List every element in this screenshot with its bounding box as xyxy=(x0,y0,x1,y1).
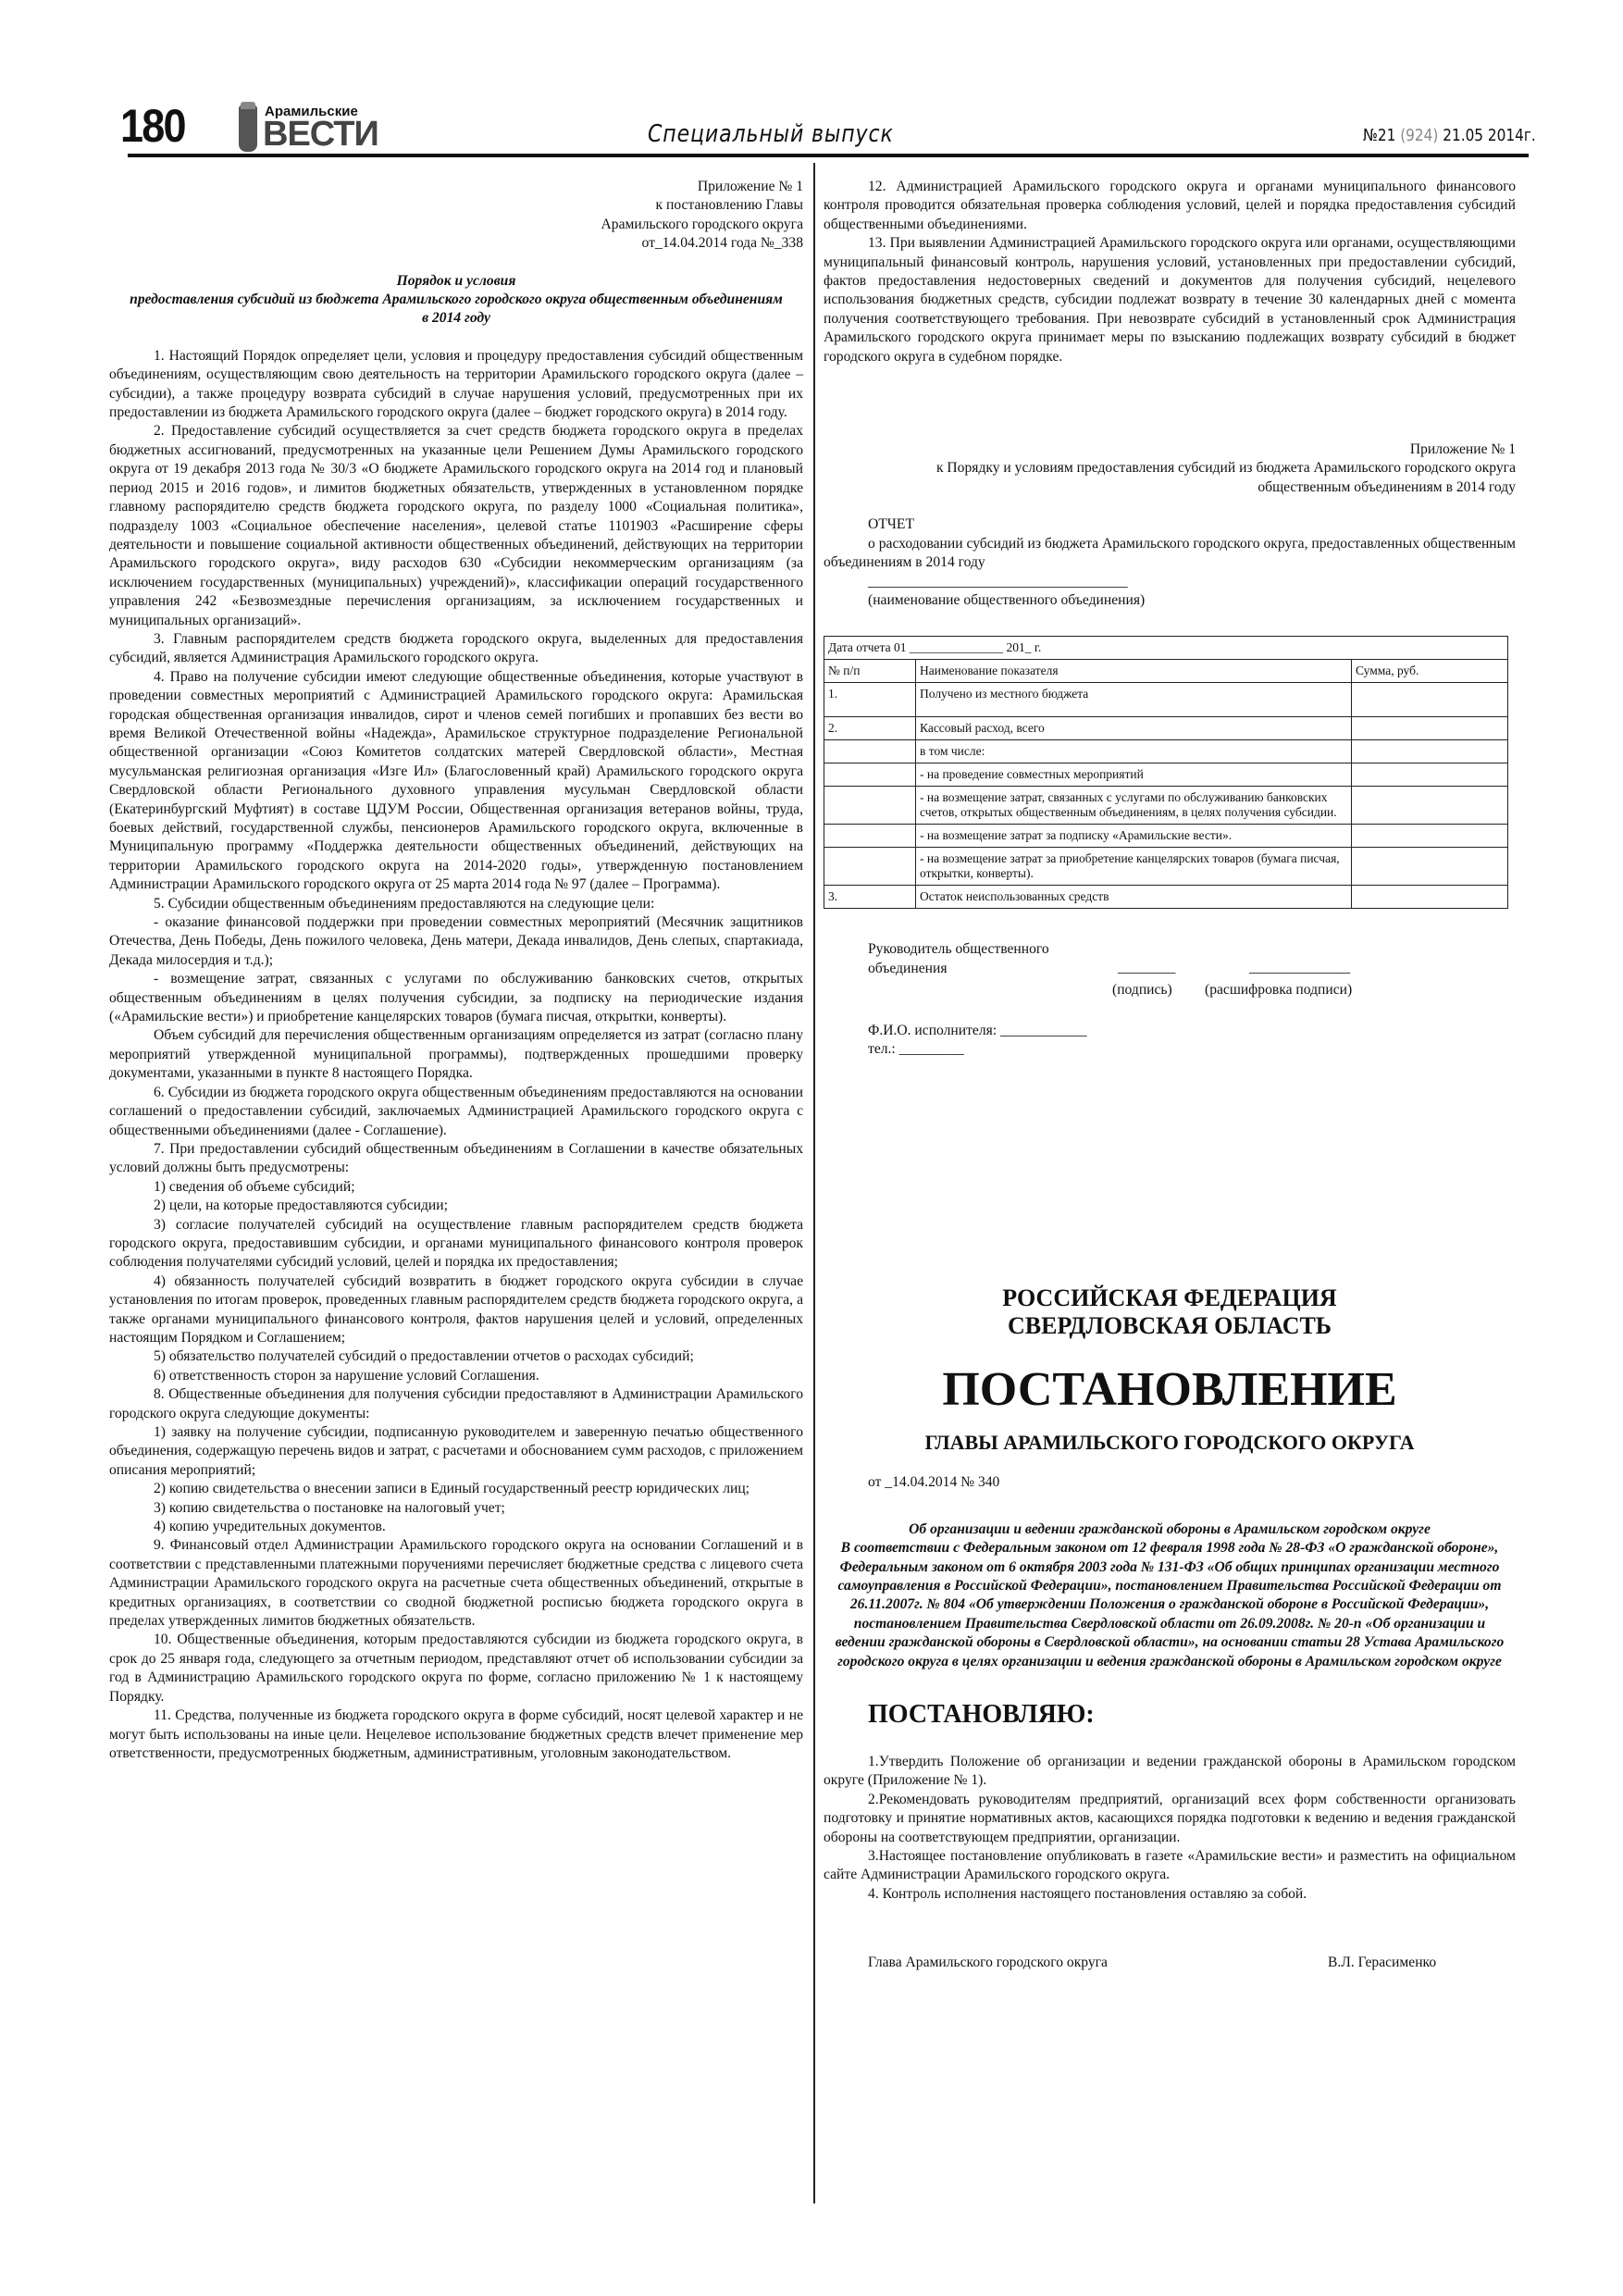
right-column: 12. Администрацией Арамильского городско… xyxy=(824,178,1516,1974)
amount-cell[interactable] xyxy=(1352,740,1508,763)
column-header: Сумма, руб. xyxy=(1352,660,1508,683)
decree-resolve-heading: ПОСТАНОВЛЯЮ: xyxy=(824,1699,1516,1731)
amount-cell[interactable] xyxy=(1352,787,1508,825)
amount-cell[interactable] xyxy=(1352,683,1508,717)
signature-blank[interactable]: ________ xyxy=(1118,959,1175,977)
decree-region: СВЕРДЛОВСКАЯ ОБЛАСТЬ xyxy=(824,1312,1516,1340)
amount-cell[interactable] xyxy=(1352,763,1508,787)
preamble-line: В соответствии с Федеральным законом от … xyxy=(833,1539,1506,1671)
issue-total: (924) xyxy=(1400,126,1438,145)
paragraph: 4. Право на получение субсидии имеют сле… xyxy=(109,668,803,895)
table-row: - на возмещение затрат за подписку «Арам… xyxy=(824,825,1508,848)
phone-field[interactable]: тел.: _________ xyxy=(868,1040,964,1059)
page-header: 180 Арамильские ВЕСТИ Специальный выпуск… xyxy=(120,100,1536,155)
column-header: Наименование показателя xyxy=(916,660,1352,683)
order-body: 1. Настоящий Порядок определяет цели, ус… xyxy=(109,347,803,1763)
paragraph: 3. Главным распорядителем средств бюджет… xyxy=(109,630,803,668)
appendix-line: к постановлению Главы xyxy=(109,196,803,215)
table-row: - на проведение совместных мероприятий xyxy=(824,763,1508,787)
head-label: объединения xyxy=(868,960,1049,978)
decree-item: 4. Контроль исполнения настоящего постан… xyxy=(824,1885,1516,1904)
signer-title: Глава Арамильского городского округа xyxy=(868,1954,1108,1972)
indicator-cell: Получено из местного бюджета xyxy=(916,683,1352,717)
issue-title: Специальный выпуск xyxy=(648,120,894,148)
preamble-line: Об организации и ведении гражданской обо… xyxy=(833,1520,1506,1539)
order-title: Порядок и условия предоставления субсиди… xyxy=(109,272,803,329)
signature-block: Руководитель общественного объединения _… xyxy=(824,940,1516,1051)
report-title: ОТЧЕТ xyxy=(824,515,1516,534)
amount-cell[interactable] xyxy=(1352,825,1508,848)
paragraph: 5) обязательство получателей субсидий о … xyxy=(109,1347,803,1366)
paragraph: 3) копию свидетельства о постановке на н… xyxy=(109,1499,803,1518)
paragraph: 1) заявку на получение субсидии, подписа… xyxy=(109,1423,803,1480)
paragraph: 7. При предоставлении субсидий обществен… xyxy=(109,1140,803,1178)
appendix-title: Приложение № 1 xyxy=(824,441,1516,459)
indicator-cell: в том числе: xyxy=(916,740,1352,763)
paragraph: - оказание финансовой поддержки при пров… xyxy=(109,913,803,970)
org-name-caption: (наименование общественного объединения) xyxy=(824,591,1516,610)
paragraph: 1. Настоящий Порядок определяет цели, ус… xyxy=(109,347,803,423)
signer-name: В.Л. Герасименко xyxy=(1328,1954,1436,1972)
head-label: Руководитель общественного xyxy=(868,940,1049,959)
paragraph: 2) цели, на которые предоставляются субс… xyxy=(109,1197,803,1215)
column-divider xyxy=(813,163,815,2203)
decree-signature: Глава Арамильского городского округа В.Л… xyxy=(824,1954,1516,1974)
row-number-cell xyxy=(824,787,916,825)
decree: РОССИЙСКАЯ ФЕДЕРАЦИЯ СВЕРДЛОВСКАЯ ОБЛАСТ… xyxy=(824,1285,1516,1974)
decree-country: РОССИЙСКАЯ ФЕДЕРАЦИЯ xyxy=(824,1285,1516,1312)
amount-cell[interactable] xyxy=(1352,717,1508,740)
paragraph: 12. Администрацией Арамильского городско… xyxy=(824,178,1516,234)
table-header-row: № п/п Наименование показателя Сумма, руб… xyxy=(824,660,1508,683)
paragraph: 5. Субсидии общественным объединениям пр… xyxy=(109,895,803,913)
row-number-cell xyxy=(824,848,916,886)
paragraph: 4) копию учредительных документов. xyxy=(109,1518,803,1536)
appendix-block: Приложение № 1 к постановлению Главы Ара… xyxy=(109,178,803,254)
column-header: № п/п xyxy=(824,660,916,683)
table-row: - на возмещение затрат за приобретение к… xyxy=(824,848,1508,886)
paragraph: 4) обязанность получателей субсидий возв… xyxy=(109,1272,803,1348)
paragraph: Объем субсидий для перечисления обществе… xyxy=(109,1026,803,1083)
paragraph: 1) сведения об объеме субсидий; xyxy=(109,1178,803,1197)
paragraph: 3) согласие получателей субсидий на осущ… xyxy=(109,1216,803,1272)
paragraph: - возмещение затрат, связанных с услугам… xyxy=(109,970,803,1026)
table-row: 2.Кассовый расход, всего xyxy=(824,717,1508,740)
signature-caption: (подпись) xyxy=(1112,981,1172,999)
indicator-cell: - на возмещение затрат за приобретение к… xyxy=(916,848,1352,886)
row-number-cell xyxy=(824,740,916,763)
amount-cell[interactable] xyxy=(1352,886,1508,909)
decree-item: 1.Утвердить Положение об организации и в… xyxy=(824,1753,1516,1791)
appendix-line: от_14.04.2014 года №_338 xyxy=(109,234,803,253)
table-row: в том числе: xyxy=(824,740,1508,763)
decree-item: 2.Рекомендовать руководителям предприяти… xyxy=(824,1791,1516,1847)
signature-decode-blank[interactable]: ______________ xyxy=(1249,959,1350,977)
decree-title: ПОСТАНОВЛЕНИЕ xyxy=(824,1362,1516,1418)
indicator-cell: - на возмещение затрат, связанных с услу… xyxy=(916,787,1352,825)
table-row: - на возмещение затрат, связанных с услу… xyxy=(824,787,1508,825)
issue-prefix: №21 xyxy=(1363,126,1395,145)
issue-date: 21.05 2014г. xyxy=(1443,126,1536,145)
decree-date: от _14.04.2014 № 340 xyxy=(824,1473,1516,1492)
row-number-cell: 3. xyxy=(824,886,916,909)
decree-subtitle: ГЛАВЫ АРАМИЛЬСКОГО ГОРОДСКОГО ОКРУГА xyxy=(824,1431,1516,1455)
paragraph: 8. Общественные объединения для получени… xyxy=(109,1385,803,1423)
amount-cell[interactable] xyxy=(1352,848,1508,886)
logo-big-text: ВЕСТИ xyxy=(263,115,378,154)
coat-of-arms-icon xyxy=(239,105,257,152)
paragraph: 6) ответственность сторон за нарушение у… xyxy=(109,1367,803,1385)
row-number-cell xyxy=(824,763,916,787)
appendix-line: Арамильского городского округа xyxy=(109,216,803,234)
left-column: Приложение № 1 к постановлению Главы Ара… xyxy=(109,178,803,1763)
table-row: 3.Остаток неиспользованных средств xyxy=(824,886,1508,909)
appendix-text: к Порядку и условиям предоставления субс… xyxy=(824,459,1516,497)
paragraph: 9. Финансовый отдел Администрации Арамил… xyxy=(109,1536,803,1631)
indicator-cell: - на проведение совместных мероприятий xyxy=(916,763,1352,787)
paragraph: 11. Средства, полученные из бюджета горо… xyxy=(109,1706,803,1763)
signature-decode-caption: (расшифровка подписи) xyxy=(1205,981,1352,999)
indicator-cell: Кассовый расход, всего xyxy=(916,717,1352,740)
newspaper-logo: Арамильские ВЕСТИ xyxy=(239,102,405,154)
report-table: Дата отчета 01 _______________ 201_ г. №… xyxy=(824,636,1508,909)
report-subtitle: о расходовании субсидий из бюджета Арами… xyxy=(824,535,1516,573)
report-date-cell[interactable]: Дата отчета 01 _______________ 201_ г. xyxy=(824,637,1508,660)
row-number-cell xyxy=(824,825,916,848)
table-row: 1.Получено из местного бюджета xyxy=(824,683,1508,717)
indicator-cell: - на возмещение затрат за подписку «Арам… xyxy=(916,825,1352,848)
paragraph: 6. Субсидии из бюджета городского округа… xyxy=(109,1084,803,1140)
indicator-cell: Остаток неиспользованных средств xyxy=(916,886,1352,909)
order-title-line: Порядок и условия xyxy=(128,272,785,291)
org-name-blank[interactable]: ____________________________________ xyxy=(824,573,1516,591)
paragraph: 13. При выявлении Администрацией Арамиль… xyxy=(824,234,1516,366)
table-row: Дата отчета 01 _______________ 201_ г. xyxy=(824,637,1508,660)
decree-item: 3.Настоящее постановление опубликовать в… xyxy=(824,1847,1516,1885)
paragraph: 2. Предоставление субсидий осуществляетс… xyxy=(109,422,803,629)
paragraph: 10. Общественные объединения, которым пр… xyxy=(109,1631,803,1706)
header-divider xyxy=(128,154,1529,157)
appendix-line: Приложение № 1 xyxy=(109,178,803,196)
row-number-cell: 1. xyxy=(824,683,916,717)
row-number-cell: 2. xyxy=(824,717,916,740)
issue-number: №21 (924) 21.05 2014г. xyxy=(1363,126,1536,145)
page-number: 180 xyxy=(120,100,185,152)
decree-preamble: Об организации и ведении гражданской обо… xyxy=(824,1520,1516,1671)
paragraph: 2) копию свидетельства о внесении записи… xyxy=(109,1480,803,1498)
executor-field[interactable]: Ф.И.О. исполнителя: ____________ xyxy=(868,1022,1087,1040)
order-title-line: предоставления субсидий из бюджета Арами… xyxy=(128,291,785,329)
